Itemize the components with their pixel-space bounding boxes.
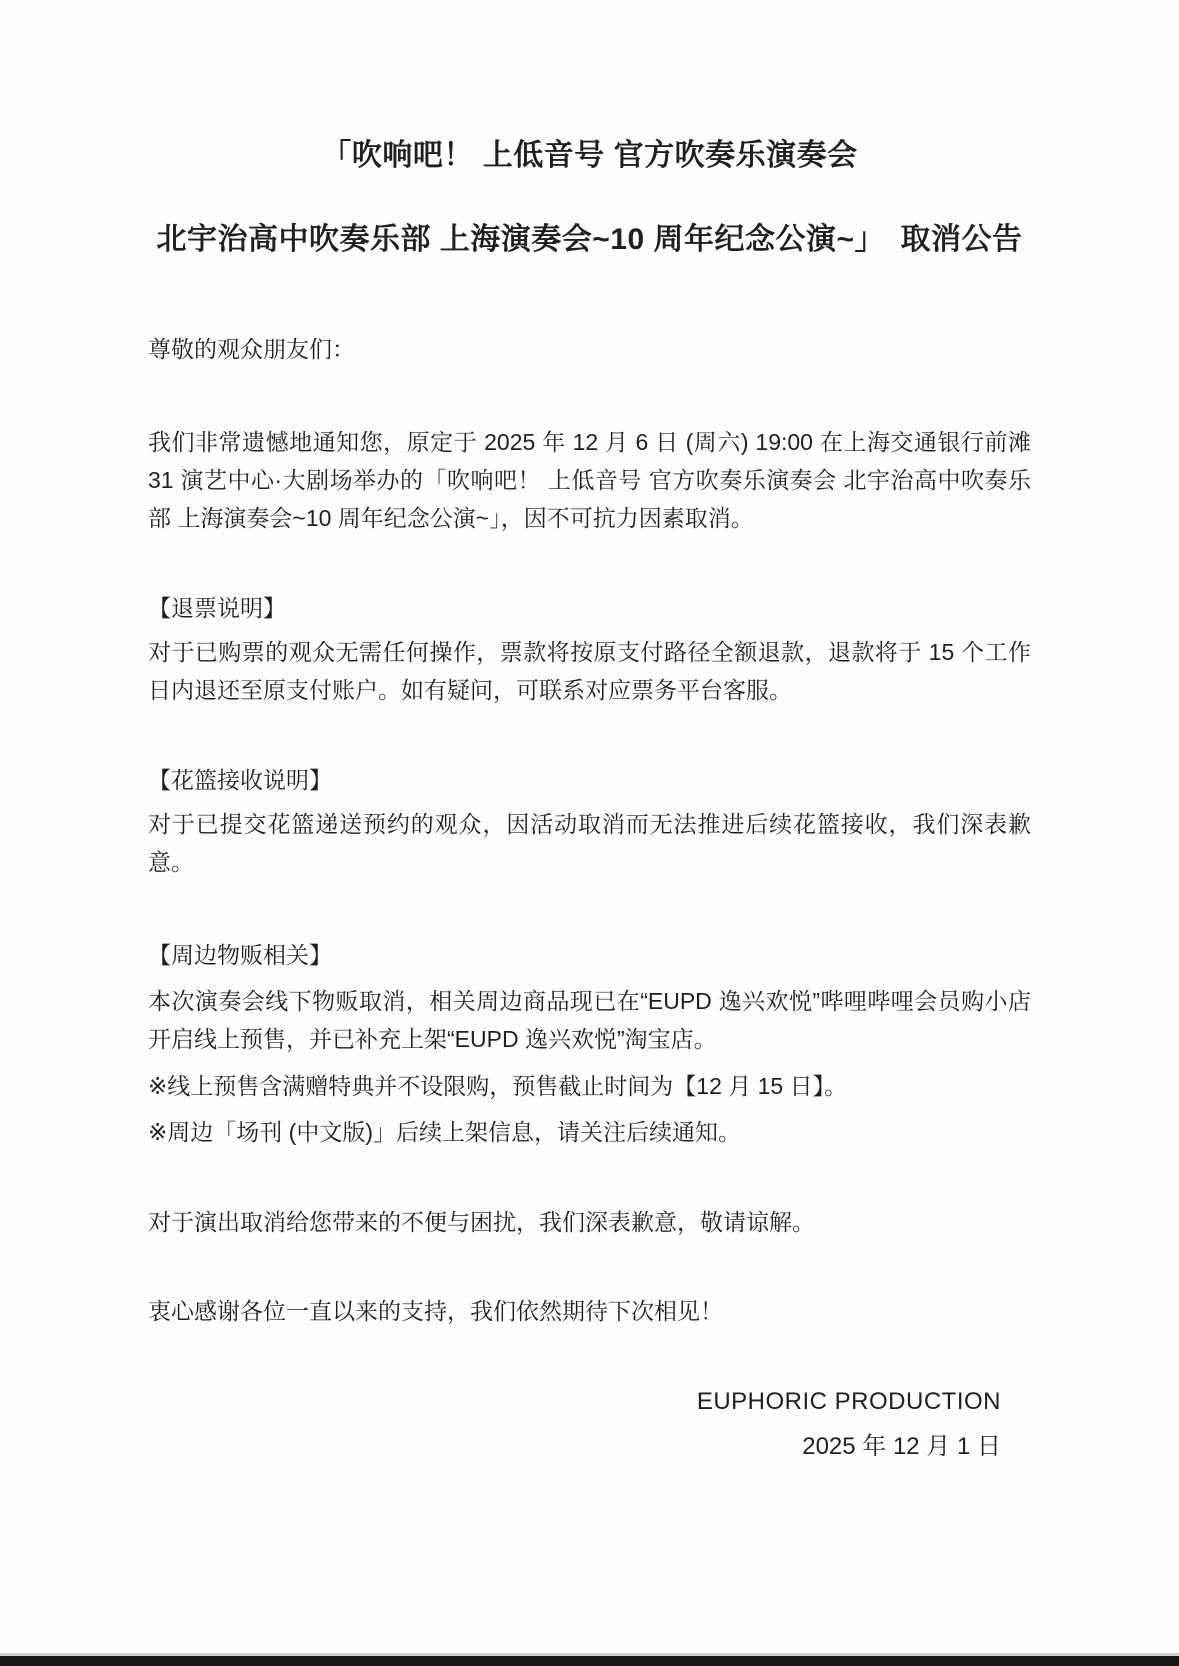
section-heading-merchandise: 【周边物贩相关】 (148, 936, 1031, 974)
section-body-merchandise: 本次演奏会线下物贩取消，相关周边商品现已在“EUPD 逸兴欢悦”哔哩哔哩会员购小… (148, 982, 1031, 1058)
announcement-title-line-1: 「吹响吧！ 上低音号 官方吹奏乐演奏会 (148, 136, 1031, 176)
note-pamphlet: ※周边「场刊 (中文版)」后续上架信息，请关注后续通知。 (148, 1113, 1031, 1151)
apology-paragraph: 对于演出取消给您带来的不便与困扰，我们深表歉意，敬请谅解。 (148, 1203, 1031, 1241)
section-heading-flower-basket: 【花篮接收说明】 (148, 761, 1031, 799)
section-heading-refund: 【退票说明】 (148, 589, 1031, 627)
section-body-refund: 对于已购票的观众无需任何操作，票款将按原支付路径全额退款，退款将于 15 个工作… (148, 633, 1031, 709)
document-body: 「吹响吧！ 上低音号 官方吹奏乐演奏会 北宇治高中吹奏乐部 上海演奏会~10 周… (0, 136, 1179, 1466)
thanks-paragraph: 衷心感谢各位一直以来的支持，我们依然期待下次相见！ (148, 1292, 1031, 1330)
note-online-presale: ※线上预售含满赠特典并不设限购，预售截止时间为【12 月 15 日】。 (148, 1067, 1031, 1105)
greeting-line: 尊敬的观众朋友们： (148, 330, 1031, 368)
intro-paragraph: 我们非常遗憾地通知您，原定于 2025 年 12 月 6 日 (周六) 19:0… (148, 423, 1031, 537)
announcement-title-line-2: 北宇治高中吹奏乐部 上海演奏会~10 周年纪念公演~」 取消公告 (148, 220, 1031, 260)
section-body-flower-basket: 对于已提交花篮递送预约的观众，因活动取消而无法推进后续花篮接收，我们深表歉意。 (148, 805, 1031, 881)
signature-date: 2025 年 12 月 1 日 (148, 1428, 1031, 1466)
cancellation-announcement-page: 「吹响吧！ 上低音号 官方吹奏乐演奏会 北宇治高中吹奏乐部 上海演奏会~10 周… (0, 0, 1179, 1666)
signature-company: EUPHORIC PRODUCTION (148, 1383, 1031, 1421)
bottom-bar (0, 1656, 1179, 1666)
